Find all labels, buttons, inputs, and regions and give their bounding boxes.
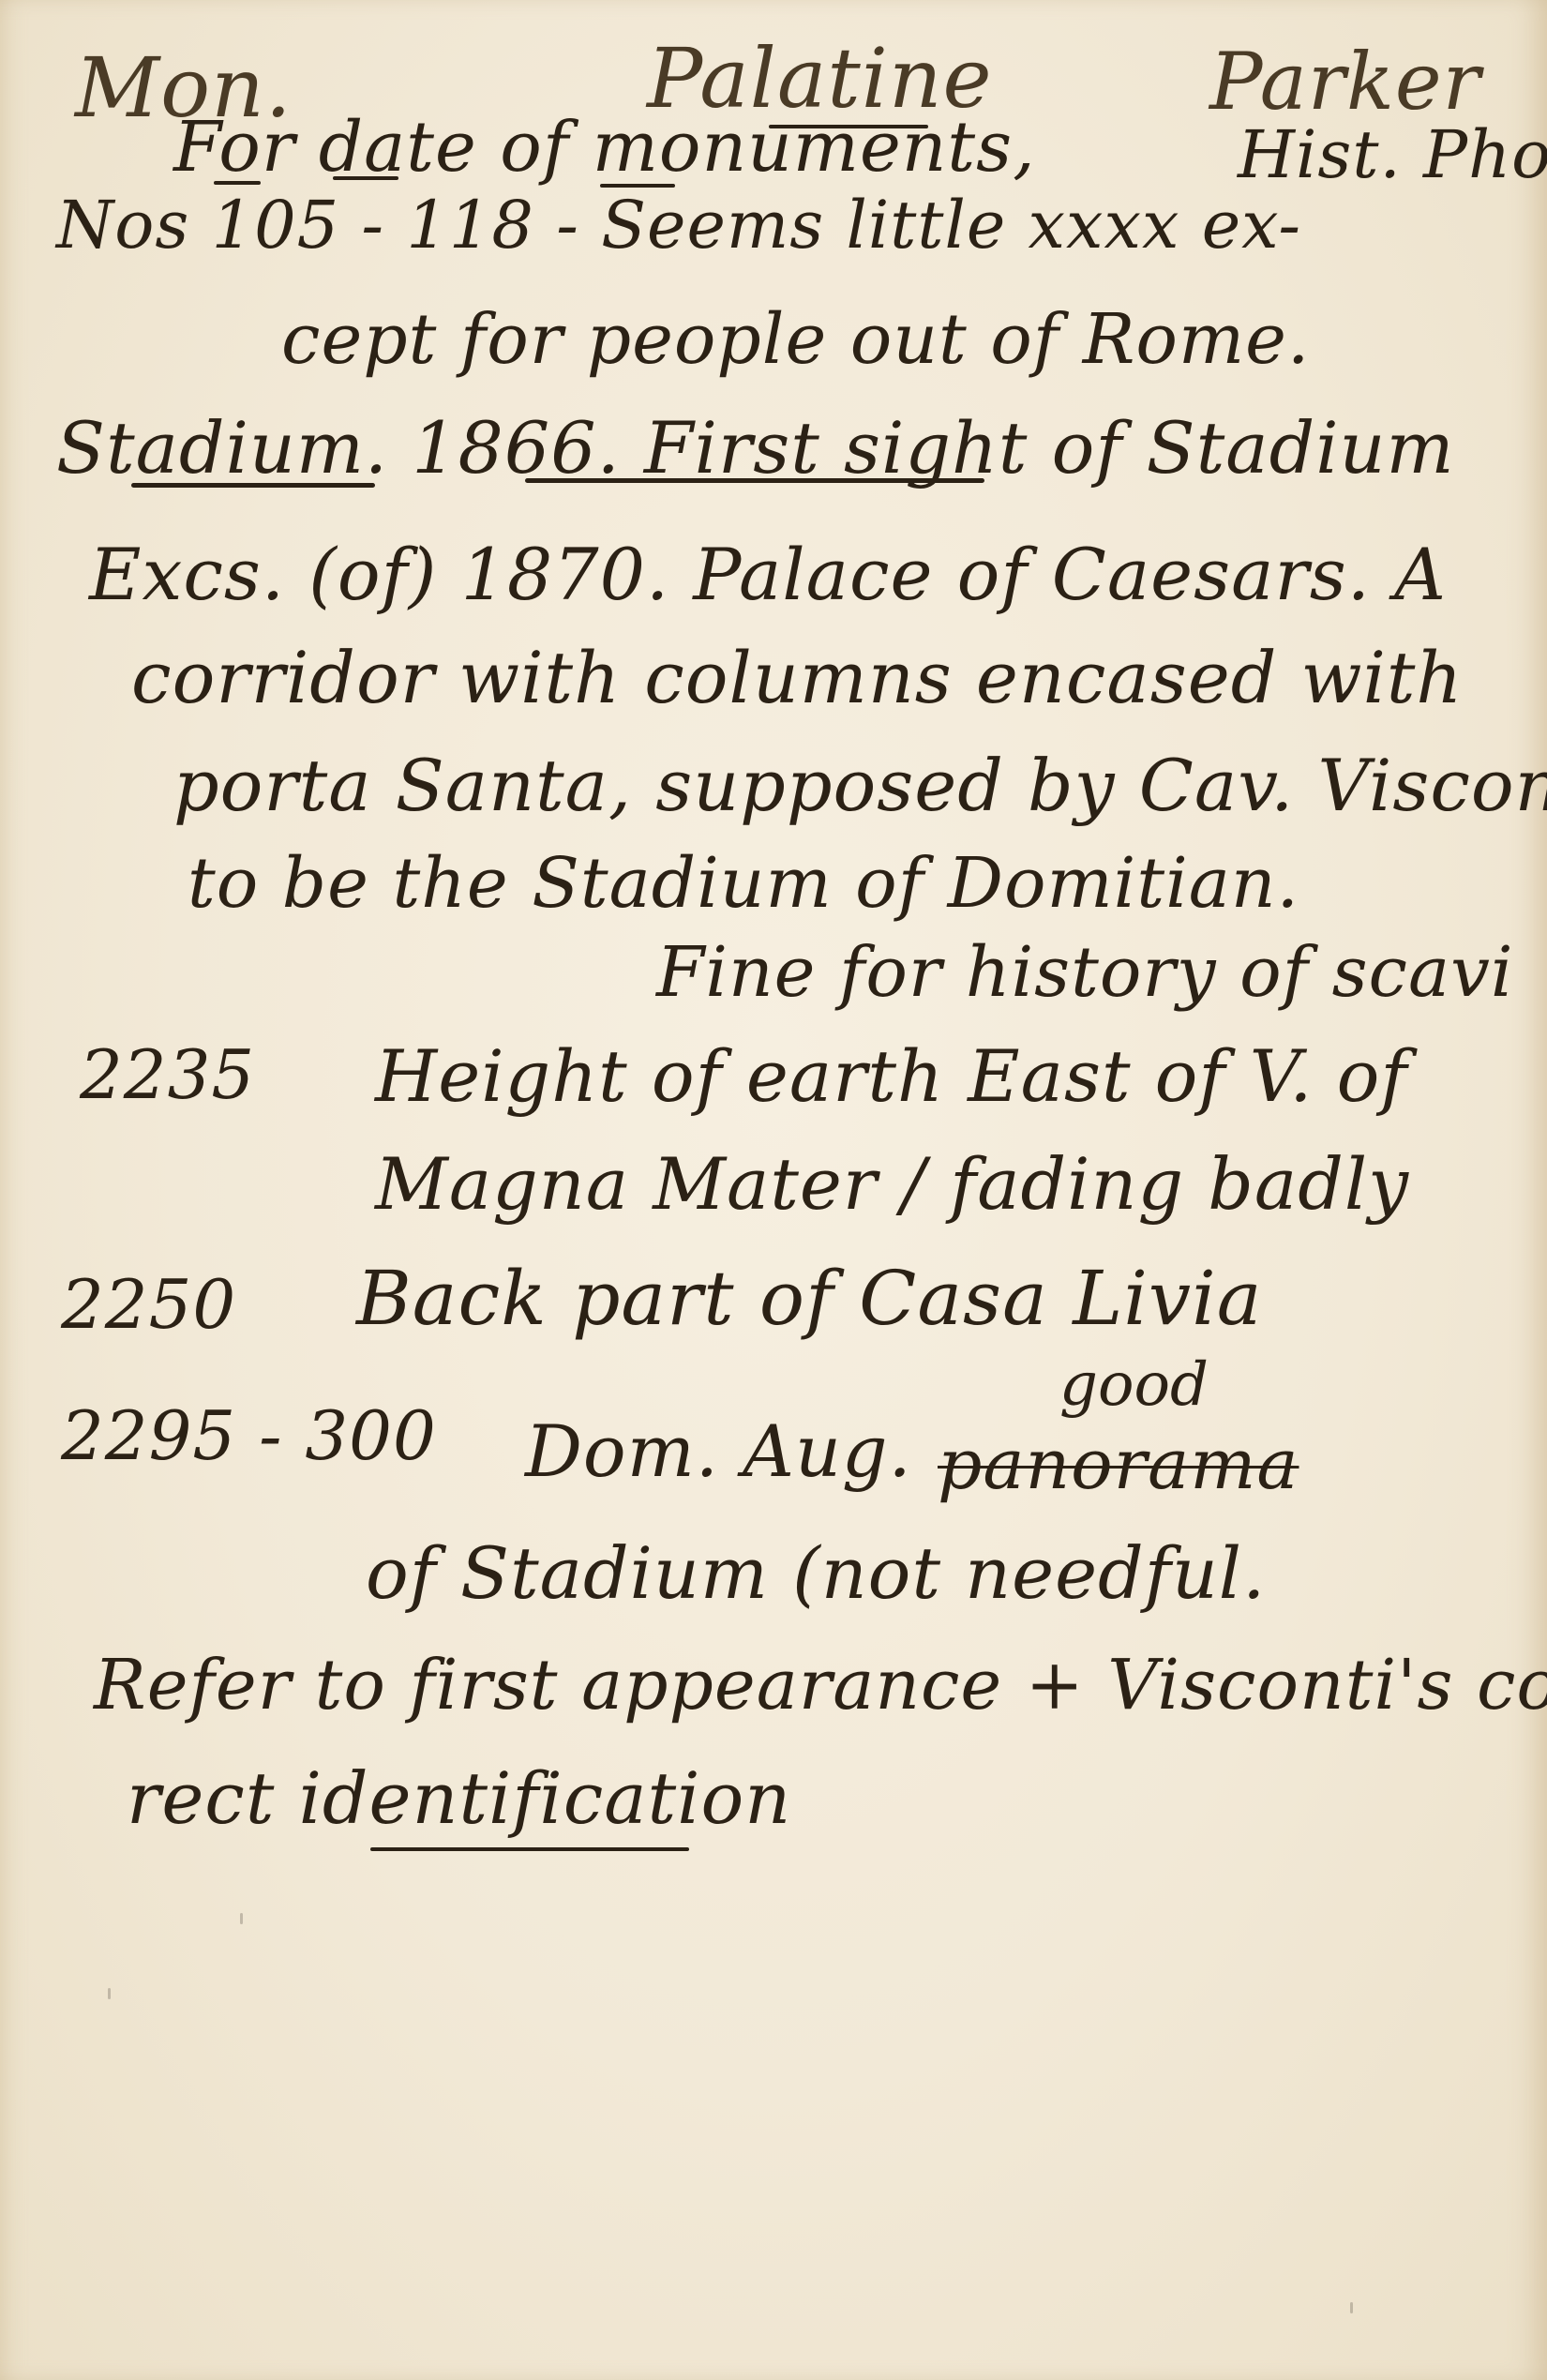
entry-number: 2235: [80, 1041, 255, 1108]
note-card: Mon. Palatine Parker Hist. Phot For date…: [0, 0, 1547, 2380]
closing-line-2: rect identification: [127, 1763, 791, 1834]
paper-speck: [108, 1988, 111, 1999]
entry-text: Back part of Casa Livia: [356, 1261, 1262, 1336]
line-8: Fine for history of scavi: [656, 938, 1514, 1007]
header-right: Parker: [1209, 42, 1481, 121]
line-4: Excs. (of) 1870. Palace of Caesars. A: [89, 539, 1447, 610]
subtitle-underline-for: [214, 181, 261, 185]
line-6: porta Santa, supposed by Cav. Visconti: [173, 750, 1547, 821]
line-1: Nos 105 - 118 - Seems little xxxx ex-: [56, 192, 1301, 258]
entry-text-continued: Magna Mater / fading badly: [375, 1149, 1409, 1220]
line-7: to be the Stadium of Domitian.: [188, 849, 1299, 918]
struck-word: panorama: [938, 1430, 1299, 1499]
closing-line-1: Refer to first appearance + Visconti's c…: [94, 1650, 1547, 1720]
subtitle-underline-date: [333, 176, 398, 180]
entry-text: Height of earth East of V. of: [375, 1041, 1408, 1112]
stadium-underline: [131, 483, 375, 488]
entry-text-continued: of Stadium (not needful.: [366, 1538, 1266, 1609]
entry-text: Dom. Aug.: [525, 1416, 912, 1487]
year-1866-underline: [525, 478, 984, 483]
insertion-good: good: [1059, 1350, 1209, 1420]
entry-number: 2295 - 300: [61, 1402, 437, 1469]
header-right-sub: Hist. Phot: [1238, 122, 1547, 188]
paper-speck: [240, 1913, 243, 1924]
paper-speck: [1350, 2302, 1353, 2313]
subtitle: For date of monuments,: [173, 113, 1036, 182]
line-5: corridor with columns encased with: [131, 642, 1463, 714]
line-3: Stadium. 1866. First sight of Stadium: [56, 413, 1455, 484]
identification-underline: [370, 1847, 689, 1851]
line-2: cept for people out of Rome.: [281, 305, 1310, 374]
entry-number: 2250: [61, 1271, 236, 1338]
